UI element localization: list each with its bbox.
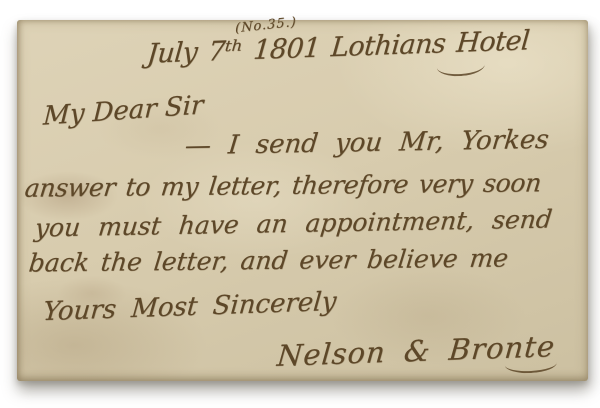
letter-paper: (No.35.) July 7ᵗʰ 1801 Lothians Hotel My… [17, 20, 588, 381]
letter-dateline: July 7ᵗʰ 1801 Lothians Hotel [146, 25, 531, 69]
letter-body-line: — I send you Mr, Yorkes [183, 125, 550, 161]
letter-body-line: answer to my letter, therefore very soon [23, 168, 542, 202]
letter-salutation: My Dear Sir [42, 90, 204, 131]
letter-body-line: you must have an appointment, send [34, 204, 554, 242]
letter-body-line: back the letter, and ever believe me [27, 243, 509, 277]
letter-signature: Nelson & Bronte [276, 329, 557, 373]
letter-photo-background: (No.35.) July 7ᵗʰ 1801 Lothians Hotel My… [0, 0, 600, 408]
letter-closing: Yours Most Sincerely [42, 287, 338, 327]
hotel-underline-flourish [437, 62, 486, 77]
